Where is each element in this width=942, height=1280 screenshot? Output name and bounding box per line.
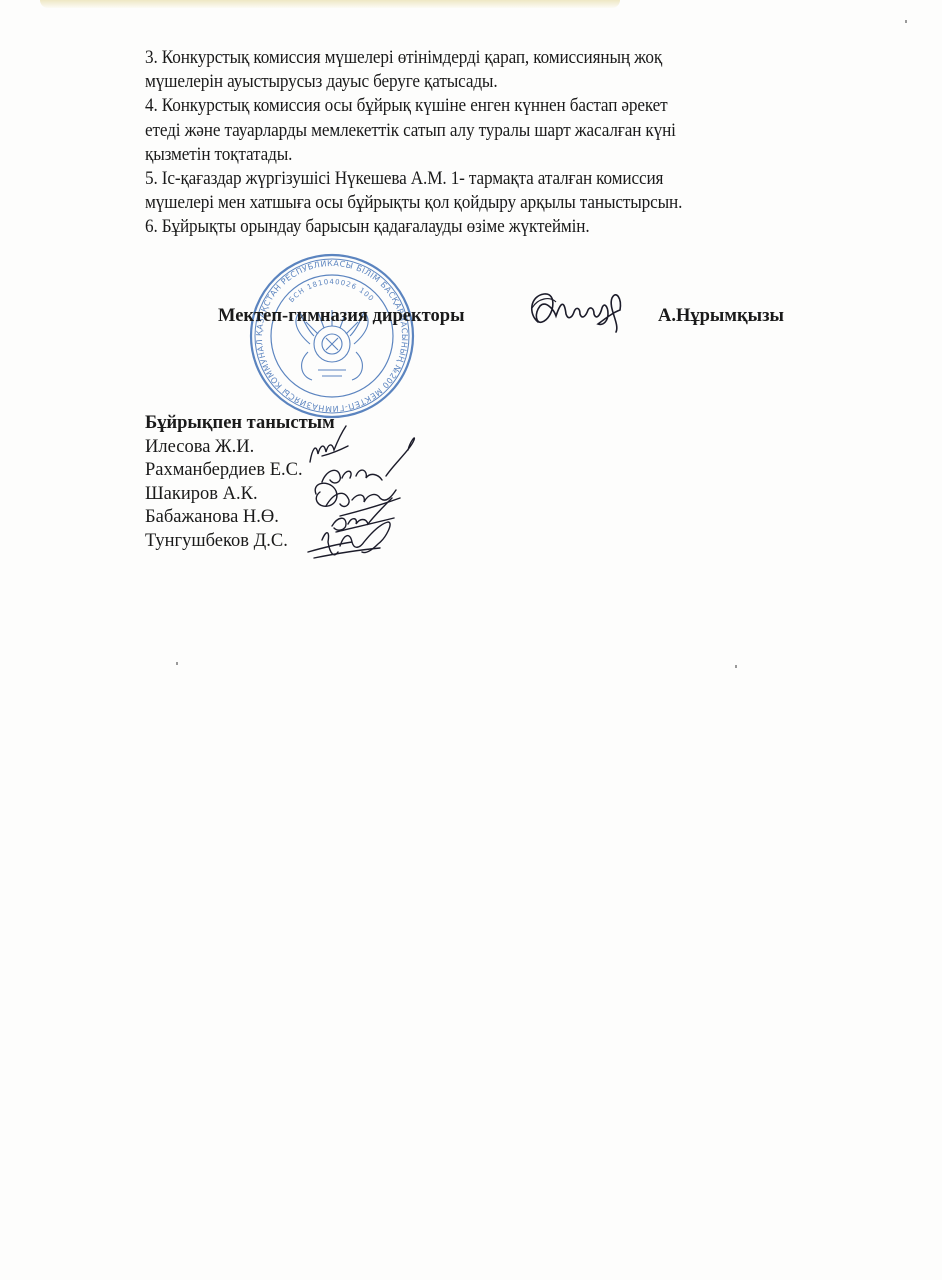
staff-signatures-icon <box>282 420 422 570</box>
paragraph-5: 5. Іс-қағаздар жүргізушісі Нүкешева А.М.… <box>145 167 815 215</box>
text-line: 3. Конкурстық комиссия мүшелері өтінімде… <box>145 46 815 70</box>
stamp-outer-text: ҚАЗАҚСТАН РЕСПУБЛИКАСЫ БІЛІМ БАСҚАРМАСЫН… <box>248 252 409 413</box>
official-stamp-icon: ҚАЗАҚСТАН РЕСПУБЛИКАСЫ БІЛІМ БАСҚАРМАСЫН… <box>248 252 416 420</box>
text-line: 5. Іс-қағаздар жүргізушісі Нүкешева А.М.… <box>145 167 815 191</box>
paragraph-6: 6. Бұйрықты орындау барысын қадағалауды … <box>145 215 815 239</box>
scan-speck <box>176 662 178 665</box>
director-name: А.Нұрымқызы <box>658 306 784 327</box>
paper-edge-shadow <box>40 0 620 8</box>
order-paragraphs: 3. Конкурстық комиссия мүшелері өтінімде… <box>145 46 815 240</box>
text-line: қызметін тоқтатады. <box>145 143 815 167</box>
svg-text:БСН 181040026 100: БСН 181040026 100 <box>287 278 375 304</box>
director-title: Мектеп-гимназия директоры <box>218 306 465 327</box>
paragraph-4: 4. Конкурстық комиссия осы бұйрық күшіне… <box>145 94 815 167</box>
text-line: мүшелері мен хатшыға осы бұйрықты қол қо… <box>145 191 815 215</box>
text-line: мүшелерін ауыстырусыз дауыс беруге қатыс… <box>145 70 815 94</box>
scan-speck <box>905 20 907 23</box>
text-line: 6. Бұйрықты орындау барысын қадағалауды … <box>145 215 815 239</box>
text-line: 4. Конкурстық комиссия осы бұйрық күшіне… <box>145 94 815 118</box>
scan-speck <box>735 665 737 668</box>
handwritten-signature-icon <box>524 284 634 334</box>
svg-text:ҚАЗАҚСТАН РЕСПУБЛИКАСЫ БІЛІМ Б: ҚАЗАҚСТАН РЕСПУБЛИКАСЫ БІЛІМ БАСҚАРМАСЫН… <box>248 252 409 413</box>
stamp-inner-text: БСН 181040026 100 <box>287 278 375 304</box>
text-line: етеді және тауарларды мемлекеттік сатып … <box>145 119 815 143</box>
paragraph-3: 3. Конкурстық комиссия мүшелері өтінімде… <box>145 46 815 94</box>
document-page: 3. Конкурстық комиссия мүшелері өтінімде… <box>0 0 942 1280</box>
